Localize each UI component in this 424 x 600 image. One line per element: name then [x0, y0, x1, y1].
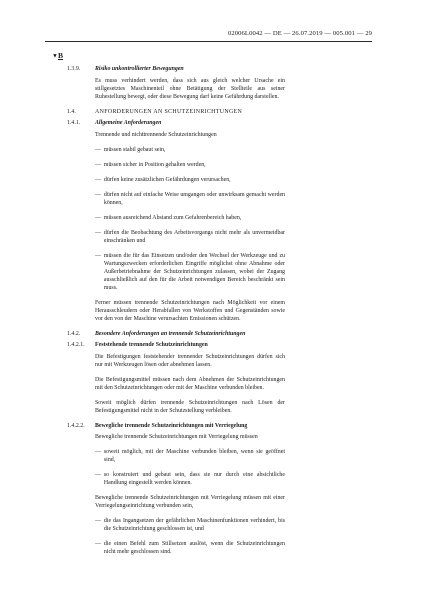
- dash-mark: —: [95, 229, 104, 245]
- dash-item: —soweit möglich, mit der Maschine verbun…: [95, 448, 285, 464]
- paragraph: Die Befestigungsmittel müssen nach dem A…: [95, 376, 285, 392]
- paragraph-text: Es muss verhindert werden, dass sich aus…: [95, 78, 285, 100]
- dash-mark: —: [95, 214, 104, 222]
- change-marker-letter: B: [58, 51, 63, 60]
- section-heading: 1.4.2.2.Bewegliche trennende Schutzeinri…: [95, 422, 285, 430]
- paragraph-text: Soweit möglich dürfen trennende Schutzei…: [95, 400, 285, 414]
- dash-mark: —: [95, 252, 104, 292]
- dash-item: —dürfen keine zusätzlichen Gefährdungen …: [95, 176, 285, 184]
- dash-item: —müssen sicher in Position gehalten werd…: [95, 161, 285, 169]
- section-title: Feststehende trennende Schutzeinrichtung…: [95, 342, 208, 348]
- dash-mark: —: [95, 540, 104, 556]
- paragraph-text: Trennende und nichttrennende Schutzeinri…: [95, 132, 217, 138]
- paragraph-text: Die Befestigungsmittel müssen nach dem A…: [95, 377, 285, 391]
- dash-item: —müssen die für das Einsetzen und/oder d…: [95, 252, 285, 292]
- paragraph: Trennende und nichttrennende Schutzeinri…: [95, 131, 285, 139]
- section-number: 1.4.2.: [67, 330, 80, 338]
- dash-item: —müssen stabil gebaut sein,: [95, 146, 285, 154]
- paragraph-text: Bewegliche trennende Schutzeinrichtungen…: [95, 495, 285, 509]
- section-title: Risiko unkontrollierter Bewegungen: [95, 66, 184, 72]
- dash-mark: —: [95, 176, 104, 184]
- dash-item-text: müssen ausreichend Abstand zum Gefahrenb…: [104, 214, 285, 222]
- dash-mark: —: [95, 471, 104, 487]
- paragraph: Soweit möglich dürfen trennende Schutzei…: [95, 399, 285, 415]
- paragraph: Bewegliche trennende Schutzeinrichtungen…: [95, 433, 285, 441]
- section-number: 1.4.2.2.: [67, 422, 85, 430]
- paragraph: Die Befestigungen feststehender trennend…: [95, 353, 285, 369]
- section-heading: 1.4.2.1.Feststehende trennende Schutzein…: [95, 341, 285, 349]
- document-page: 02006L0042 — DE — 26.07.2019 — 005.001 —…: [0, 0, 424, 600]
- paragraph-text: Bewegliche trennende Schutzeinrichtungen…: [95, 434, 258, 440]
- document-body: 1.3.9.Risiko unkontrollierter Bewegungen…: [0, 65, 424, 563]
- dash-mark: —: [95, 191, 104, 207]
- section-number: 1.3.9.: [67, 65, 80, 73]
- page-header-reference: 02006L0042 — DE — 26.07.2019 — 005.001 —…: [45, 30, 372, 42]
- section-number: 1.4.1.: [67, 119, 80, 127]
- dash-item: —so konstruiert und gebaut sein, dass si…: [95, 471, 285, 487]
- section-heading: 1.4.ANFORDERUNGEN AN SCHUTZEINRICHTUNGEN: [95, 108, 285, 116]
- dash-item: —die das Ingangsetzen der gefährlichen M…: [95, 517, 285, 533]
- dash-mark: —: [95, 448, 104, 464]
- section-title: Besondere Anforderungen an trennende Sch…: [95, 331, 245, 337]
- paragraph: Bewegliche trennende Schutzeinrichtungen…: [95, 494, 285, 510]
- dash-item: —dürfen nicht auf einfache Weise umgange…: [95, 191, 285, 207]
- dash-mark: —: [95, 517, 104, 533]
- section-number: 1.4.: [67, 108, 76, 116]
- dash-item: —müssen ausreichend Abstand zum Gefahren…: [95, 214, 285, 222]
- dash-item-text: soweit möglich, mit der Maschine verbund…: [104, 448, 285, 464]
- section-heading: 1.3.9.Risiko unkontrollierter Bewegungen: [95, 65, 285, 73]
- change-marker: ▼B: [52, 52, 63, 61]
- section-title: Bewegliche trennende Schutzeinrichtungen…: [95, 423, 247, 429]
- dash-item-text: die das Ingangsetzen der gefährlichen Ma…: [104, 517, 285, 533]
- dash-item-text: müssen sicher in Position gehalten werde…: [104, 161, 285, 169]
- dash-mark: —: [95, 146, 104, 154]
- dash-item-text: müssen stabil gebaut sein,: [104, 146, 285, 154]
- dash-item-text: die einen Befehl zum Stillsetzen auslöst…: [104, 540, 285, 556]
- paragraph: Ferner müssen trennende Schutzeinrichtun…: [95, 299, 285, 323]
- paragraph-text: Ferner müssen trennende Schutzeinrichtun…: [95, 300, 285, 322]
- paragraph: Es muss verhindert werden, dass sich aus…: [95, 77, 285, 101]
- section-title: ANFORDERUNGEN AN SCHUTZEINRICHTUNGEN: [95, 109, 242, 115]
- section-number: 1.4.2.1.: [67, 341, 85, 349]
- dash-item-text: so konstruiert und gebaut sein, dass sie…: [104, 471, 285, 487]
- section-heading: 1.4.1.Allgemeine Anforderungen: [95, 119, 285, 127]
- dash-mark: —: [95, 161, 104, 169]
- dash-item-text: dürfen nicht auf einfache Weise umgangen…: [104, 191, 285, 207]
- dash-item: —die einen Befehl zum Stillsetzen auslös…: [95, 540, 285, 556]
- paragraph-text: Die Befestigungen feststehender trennend…: [95, 354, 285, 368]
- section-title: Allgemeine Anforderungen: [95, 120, 161, 126]
- dash-item-text: dürfen die Beobachtung des Arbeitsvorgan…: [104, 229, 285, 245]
- section-heading: 1.4.2.Besondere Anforderungen an trennen…: [95, 330, 285, 338]
- dash-item-text: müssen die für das Einsetzen und/oder de…: [104, 252, 285, 292]
- dash-item-text: dürfen keine zusätzlichen Gefährdungen v…: [104, 176, 285, 184]
- dash-item: —dürfen die Beobachtung des Arbeitsvorga…: [95, 229, 285, 245]
